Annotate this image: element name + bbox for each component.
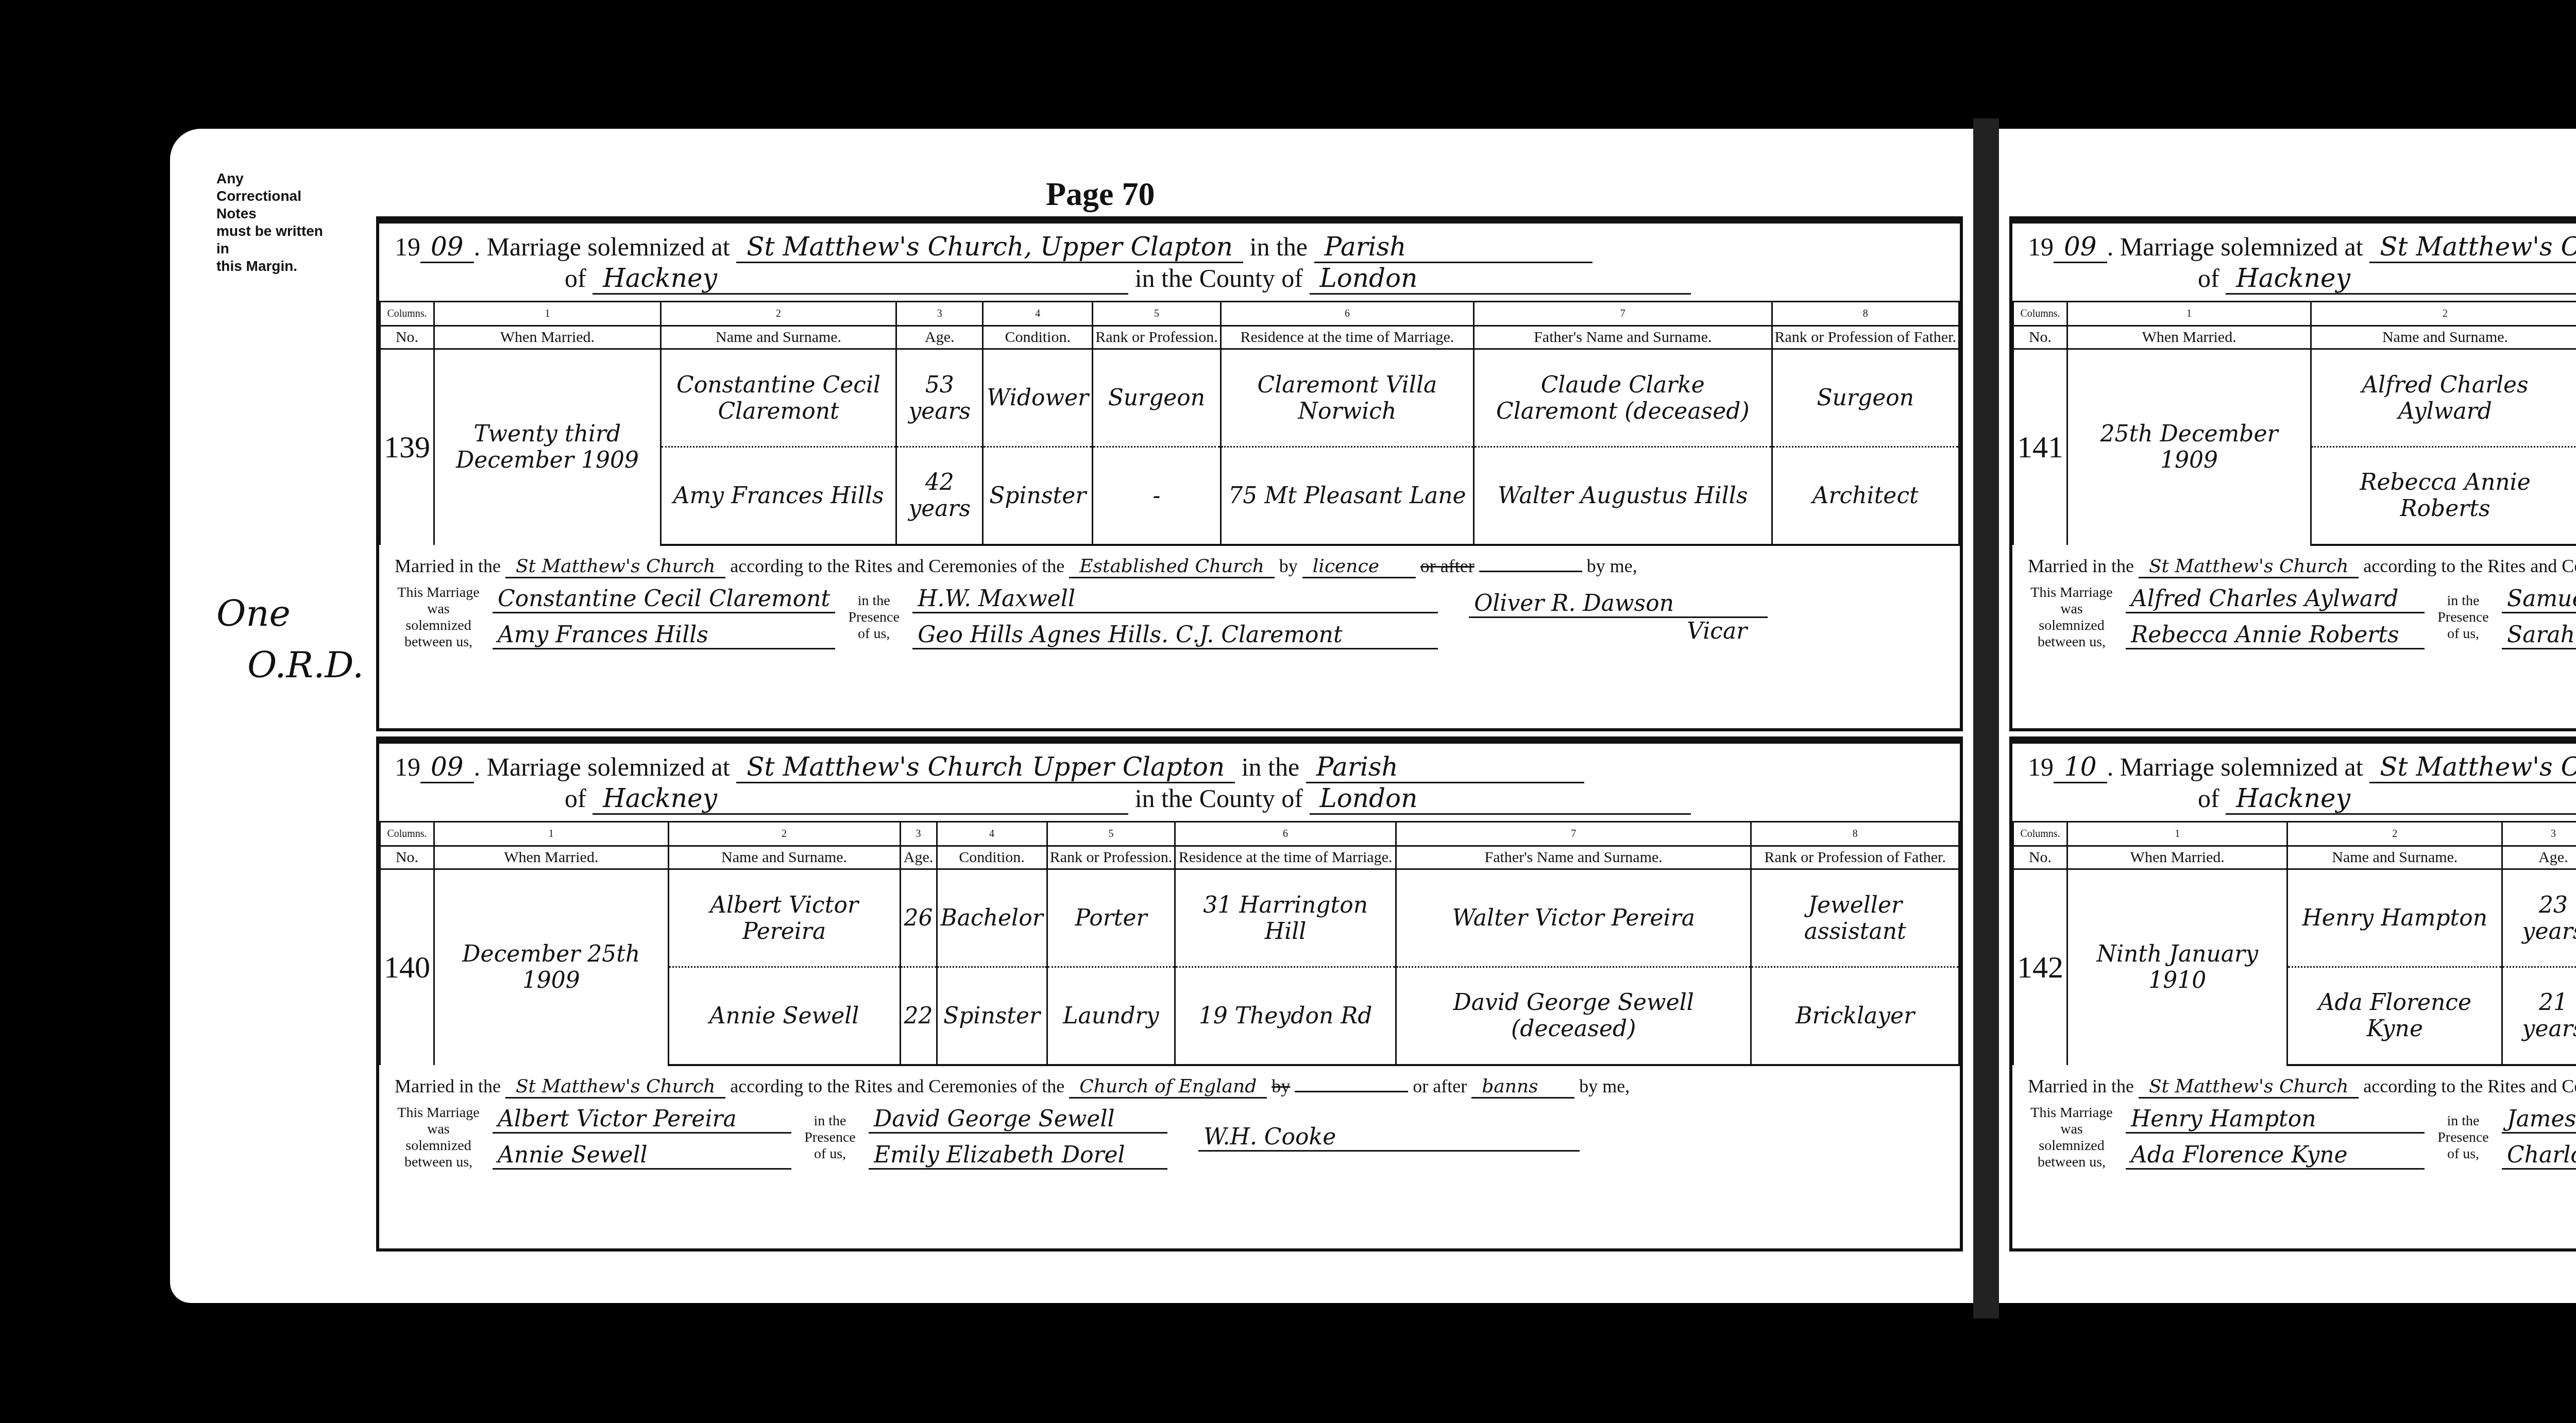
witness-signature: H.W. Maxwell xyxy=(912,586,1438,613)
officiant-signature: W.H. Cooke xyxy=(1198,1124,1580,1152)
label: in the Presence of us, xyxy=(2435,593,2492,642)
district-value: Hackney xyxy=(2226,263,2576,295)
margin-handwritten-note: One xyxy=(216,592,291,635)
rites-value: Church of England xyxy=(1069,1076,1267,1099)
label: of xyxy=(565,264,586,293)
entry-header: 1910. Marriage solemnized at St Matthew'… xyxy=(2012,744,2576,815)
district-value: Hackney xyxy=(592,263,1128,295)
column-header: No. xyxy=(2013,846,2067,869)
column-number: 4 xyxy=(937,822,1047,846)
column-header: Name and Surname. xyxy=(660,326,896,349)
columns-label: Columns. xyxy=(2013,822,2067,846)
column-number: 5 xyxy=(1093,302,1221,326)
margin-note-line: this Margin. xyxy=(216,258,330,275)
label: Married in the xyxy=(395,556,501,576)
witness-signature: Samuel James Roberts xyxy=(2502,586,2576,613)
when-married: Ninth January 1910 xyxy=(2067,869,2287,1065)
groom-residence: Claremont Villa Norwich xyxy=(1221,349,1473,447)
groom-father: Walter Victor Pereira xyxy=(1396,869,1751,967)
county-value: London xyxy=(1310,783,1691,815)
bride-condition: Spinster xyxy=(937,967,1047,1065)
label: according to the Rites and Ceremonies of… xyxy=(2363,556,2576,576)
year-suffix: 09 xyxy=(420,752,474,783)
married-in-value: St Matthew's Church xyxy=(505,556,725,578)
register-entry-139: 1909. Marriage solemnized at St Matthew'… xyxy=(376,216,1963,731)
label: in the Presence of us, xyxy=(802,1113,858,1162)
label: according to the Rites and Ceremonies of… xyxy=(730,556,1064,576)
label: Married in the xyxy=(2028,556,2134,576)
column-header: No. xyxy=(380,846,434,869)
witness-signature: Geo Hills Agnes Hills. C.J. Claremont xyxy=(912,622,1438,649)
register-entry-140: 1909. Marriage solemnized at St Matthew'… xyxy=(376,736,1963,1251)
groom-name: Constantine Cecil Claremont xyxy=(660,349,896,447)
year-prefix: 19 xyxy=(2028,232,2054,261)
groom-name: Albert Victor Pereira xyxy=(668,869,900,967)
bride-name: Ada Florence Kyne xyxy=(2287,967,2502,1065)
column-header: When Married. xyxy=(434,846,669,869)
column-number: 3 xyxy=(900,822,937,846)
label: Marriage solemnized at xyxy=(487,232,730,261)
column-header: Name and Surname. xyxy=(2287,846,2502,869)
label: in the Presence of us, xyxy=(845,593,902,642)
or-after-value xyxy=(1479,571,1582,572)
label: by xyxy=(1272,1076,1290,1096)
column-number: 5 xyxy=(1047,822,1175,846)
entry-footer: Married in the St Matthew's Church accor… xyxy=(379,1066,1960,1176)
column-number: 8 xyxy=(1751,822,1959,846)
officiant-title: Vicar xyxy=(1469,618,1768,644)
groom-age: 53 years xyxy=(896,349,983,447)
groom-condition: Bachelor xyxy=(937,869,1047,967)
label: This Marriage was solemnized between us, xyxy=(2028,585,2115,650)
year-prefix: 19 xyxy=(2028,752,2054,781)
column-header: No. xyxy=(380,326,434,349)
label: by me, xyxy=(1587,556,1637,576)
couple-signatures: Albert Victor Pereira Annie Sewell xyxy=(493,1106,791,1170)
label: in the County of xyxy=(1135,264,1303,293)
column-number: 8 xyxy=(1772,302,1959,326)
bride-age: 21 years xyxy=(2502,967,2576,1065)
witness-signature: David George Sewell xyxy=(869,1106,1167,1134)
columns-label: Columns. xyxy=(380,302,434,326)
register-table: Columns. 1 2 3 4 5 6 7 8 No. When Marrie… xyxy=(379,821,1960,1066)
page-number: Page 70 xyxy=(1046,175,1155,213)
groom-age: 26 xyxy=(900,869,937,967)
column-header: Father's Name and Surname. xyxy=(1474,326,1772,349)
groom-profession: Porter xyxy=(1047,869,1175,967)
register-entry-142: 1910. Marriage solemnized at St Matthew'… xyxy=(2009,736,2576,1251)
groom-name: Alfred Charles Aylward xyxy=(2311,349,2576,447)
column-header: Residence at the time of Marriage. xyxy=(1221,326,1473,349)
column-header: Father's Name and Surname. xyxy=(1396,846,1751,869)
column-header: Age. xyxy=(900,846,937,869)
by-value: licence xyxy=(1302,556,1416,578)
column-header: Residence at the time of Marriage. xyxy=(1175,846,1396,869)
register-table: Columns. 1 2 3 4 5 6 7 8 No. When Marrie… xyxy=(379,301,1960,546)
column-number: 4 xyxy=(983,302,1093,326)
label: in the xyxy=(1242,752,1299,781)
columns-label: Columns. xyxy=(2013,302,2067,326)
groom-father-profession: Jeweller assistant xyxy=(1751,869,1959,967)
label: Married in the xyxy=(2028,1076,2134,1096)
officiant-signature: Oliver R. Dawson xyxy=(1469,590,1768,618)
couple-signatures: Henry Hampton Ada Florence Kyne xyxy=(2126,1106,2425,1170)
place-value: St Matthew's Church, Upper Clapton xyxy=(2369,752,2576,783)
entry-number: 140 xyxy=(380,869,434,1065)
entry-header: 1909. Marriage solemnized at St Matthew'… xyxy=(379,744,1960,815)
bride-age: 22 xyxy=(900,967,937,1065)
column-number: 2 xyxy=(668,822,900,846)
column-header: Name and Surname. xyxy=(2311,326,2576,349)
label: Marriage solemnized at xyxy=(2120,752,2363,781)
bride-name: Amy Frances Hills xyxy=(660,447,896,545)
signatures: This Marriage was solemnized between us,… xyxy=(2028,585,2576,650)
column-header: No. xyxy=(2013,326,2067,349)
page-right: Page 71 Any Correctional Notes must be w… xyxy=(1999,129,2576,1303)
register-entry-141: 1909. Marriage solemnized at St Matthew'… xyxy=(2009,216,2576,731)
district-type-value: Parish xyxy=(1314,232,1592,263)
witness-signatures: H.W. Maxwell Geo Hills Agnes Hills. C.J.… xyxy=(912,586,1438,649)
column-number: 3 xyxy=(896,302,983,326)
married-in-value: St Matthew's Church xyxy=(2139,556,2359,578)
bride-name: Annie Sewell xyxy=(668,967,900,1065)
bride-father-profession: Bricklayer xyxy=(1751,967,1959,1065)
witness-signature: Sarah Maud Aylward xyxy=(2502,622,2576,649)
entry-number: 141 xyxy=(2013,349,2067,545)
label: This Marriage was solemnized between us, xyxy=(395,1105,482,1171)
book-spine xyxy=(1973,118,1999,1318)
label: according to the Rites and Ceremonies of… xyxy=(2363,1076,2576,1096)
bride-condition: Spinster xyxy=(983,447,1093,545)
entry-number: 142 xyxy=(2013,869,2067,1065)
columns-label: Columns. xyxy=(380,822,434,846)
column-header: Rank or Profession. xyxy=(1093,326,1221,349)
place-value: St Matthew's Church Upper Clapton xyxy=(736,752,1235,783)
groom-condition: Widower xyxy=(983,349,1093,447)
groom-signature: Henry Hampton xyxy=(2126,1106,2425,1134)
entry-header: 1909. Marriage solemnized at St Matthew'… xyxy=(379,224,1960,295)
groom-row: 142 Ninth January 1910 Henry Hampton 23 … xyxy=(2013,869,2576,967)
groom-signature: Constantine Cecil Claremont xyxy=(493,586,835,613)
bride-residence: 75 Mt Pleasant Lane xyxy=(1221,447,1473,545)
label: by xyxy=(1279,556,1298,576)
column-number: 7 xyxy=(1474,302,1772,326)
groom-age: 23 years xyxy=(2502,869,2576,967)
register-table: Columns. 1 2 3 4 5 6 7 8 No. When Marrie… xyxy=(2012,821,2576,1066)
label: of xyxy=(2198,784,2219,813)
year-prefix: 19 xyxy=(395,752,420,781)
column-number: 1 xyxy=(2067,822,2287,846)
entry-footer: Married in the St Matthew's Church accor… xyxy=(2012,1066,2576,1176)
column-number: 1 xyxy=(434,302,661,326)
officiant: W.H. Cooke xyxy=(1198,1124,1580,1152)
year-suffix: 10 xyxy=(2054,752,2107,783)
bride-name: Rebecca Annie Roberts xyxy=(2311,447,2576,545)
year-prefix: 19 xyxy=(395,232,420,261)
column-header: Age. xyxy=(2502,846,2576,869)
when-married: 25th December 1909 xyxy=(2067,349,2311,545)
column-header: When Married. xyxy=(2067,846,2287,869)
label: in the County of xyxy=(1135,784,1303,813)
witness-signatures: James Lamb Charlotte Kyne xyxy=(2502,1106,2576,1170)
bride-residence: 19 Theydon Rd xyxy=(1175,967,1396,1065)
groom-profession: Surgeon xyxy=(1093,349,1221,447)
bride-age: 42 years xyxy=(896,447,983,545)
groom-signature: Albert Victor Pereira xyxy=(493,1106,791,1134)
column-header: Rank or Profession of Father. xyxy=(1751,846,1959,869)
when-married: December 25th 1909 xyxy=(434,869,669,1065)
column-header: Rank or Profession of Father. xyxy=(1772,326,1959,349)
column-header: Condition. xyxy=(937,846,1047,869)
witness-signature: Charlotte Kyne xyxy=(2502,1142,2576,1170)
label: Marriage solemnized at xyxy=(2120,232,2363,261)
bride-father: Walter Augustus Hills xyxy=(1474,447,1772,545)
label: according to the Rites and Ceremonies of… xyxy=(730,1076,1064,1096)
by-value xyxy=(1295,1091,1408,1092)
column-header: Rank or Profession. xyxy=(1047,846,1175,869)
or-after-value: banns xyxy=(1471,1076,1574,1099)
officiant: Oliver R. Dawson Vicar xyxy=(1469,590,1768,644)
column-header: When Married. xyxy=(434,326,661,349)
bride-father-profession: Architect xyxy=(1772,447,1959,545)
witness-signature: Emily Elizabeth Dorel xyxy=(869,1142,1167,1170)
signatures: This Marriage was solemnized between us,… xyxy=(395,585,1944,650)
bride-profession: - xyxy=(1093,447,1221,545)
entry-number: 139 xyxy=(380,349,434,545)
couple-signatures: Constantine Cecil Claremont Amy Frances … xyxy=(493,586,835,649)
district-value: Hackney xyxy=(2226,783,2576,815)
witness-signature: James Lamb xyxy=(2502,1106,2576,1134)
label: in the Presence of us, xyxy=(2435,1113,2492,1162)
column-number: 2 xyxy=(2287,822,2502,846)
page-left: Page 70 Any Correctional Notes must be w… xyxy=(170,129,1973,1303)
bride-signature: Rebecca Annie Roberts xyxy=(2126,622,2425,649)
groom-signature: Alfred Charles Aylward xyxy=(2126,586,2425,613)
entry-footer: Married in the St Matthew's Church accor… xyxy=(379,546,1960,656)
bride-signature: Ada Florence Kyne xyxy=(2126,1142,2425,1170)
bride-signature: Annie Sewell xyxy=(493,1142,791,1170)
bride-father: David George Sewell (deceased) xyxy=(1396,967,1751,1065)
column-header: Condition. xyxy=(983,326,1093,349)
entry-footer: Married in the St Matthew's Church accor… xyxy=(2012,546,2576,656)
column-number: 1 xyxy=(434,822,669,846)
column-header: Age. xyxy=(896,326,983,349)
place-value: St Matthew's Church, Upper Clapton xyxy=(736,232,1243,263)
signatures: This Marriage was solemnized between us,… xyxy=(395,1105,1944,1171)
county-value: London xyxy=(1310,263,1691,295)
married-in-value: St Matthew's Church xyxy=(505,1076,725,1099)
signatures: This Marriage was solemnized between us,… xyxy=(2028,1105,2576,1171)
label: or after xyxy=(1413,1076,1467,1096)
couple-signatures: Alfred Charles Aylward Rebecca Annie Rob… xyxy=(2126,586,2425,649)
witness-signatures: Samuel James Roberts Sarah Maud Aylward xyxy=(2502,586,2576,649)
place-value: St Matthew's Church, Upper Clapton xyxy=(2369,232,2576,263)
when-married: Twenty third December 1909 xyxy=(434,349,661,545)
column-number: 6 xyxy=(1175,822,1396,846)
column-number: 7 xyxy=(1396,822,1751,846)
label: Married in the xyxy=(395,1076,501,1096)
label: or after xyxy=(1420,556,1475,576)
groom-name: Henry Hampton xyxy=(2287,869,2502,967)
label: of xyxy=(565,784,586,813)
column-number: 6 xyxy=(1221,302,1473,326)
margin-handwritten-note: O.R.D. xyxy=(247,644,364,686)
groom-row: 140 December 25th 1909 Albert Victor Per… xyxy=(380,869,1959,967)
register-table: Columns. 1 2 3 4 5 6 7 8 No. When Marrie… xyxy=(2012,301,2576,546)
groom-row: 141 25th December 1909 Alfred Charles Ay… xyxy=(2013,349,2576,447)
district-value: Hackney xyxy=(592,783,1128,815)
column-number: 3 xyxy=(2502,822,2576,846)
column-header: When Married. xyxy=(2067,326,2311,349)
year-suffix: 09 xyxy=(2054,232,2107,263)
district-type-value: Parish xyxy=(1306,752,1584,783)
year-suffix: 09 xyxy=(420,232,474,263)
bride-profession: Laundry xyxy=(1047,967,1175,1065)
rites-value: Established Church xyxy=(1069,556,1275,578)
label: by me, xyxy=(1579,1076,1630,1096)
label: This Marriage was solemnized between us, xyxy=(2028,1105,2115,1171)
margin-note-line: Any Correctional Notes xyxy=(216,170,330,222)
groom-father: Claude Clarke Claremont (deceased) xyxy=(1474,349,1772,447)
label: in the xyxy=(1250,232,1308,261)
bride-signature: Amy Frances Hills xyxy=(493,622,835,649)
margin-note-line: must be written in xyxy=(216,222,330,258)
column-header: Name and Surname. xyxy=(668,846,900,869)
groom-residence: 31 Harrington Hill xyxy=(1175,869,1396,967)
entry-header: 1909. Marriage solemnized at St Matthew'… xyxy=(2012,224,2576,295)
married-in-value: St Matthew's Church xyxy=(2139,1076,2359,1099)
groom-father-profession: Surgeon xyxy=(1772,349,1959,447)
label: of xyxy=(2198,264,2219,293)
label: This Marriage was solemnized between us, xyxy=(395,585,482,650)
label: Marriage solemnized at xyxy=(487,752,730,781)
column-number: 2 xyxy=(2311,302,2576,326)
column-number: 2 xyxy=(660,302,896,326)
witness-signatures: David George Sewell Emily Elizabeth Dore… xyxy=(869,1106,1167,1170)
groom-row: 139 Twenty third December 1909 Constanti… xyxy=(380,349,1959,447)
correctional-notes-label: Any Correctional Notes must be written i… xyxy=(216,170,330,275)
column-number: 1 xyxy=(2067,302,2311,326)
